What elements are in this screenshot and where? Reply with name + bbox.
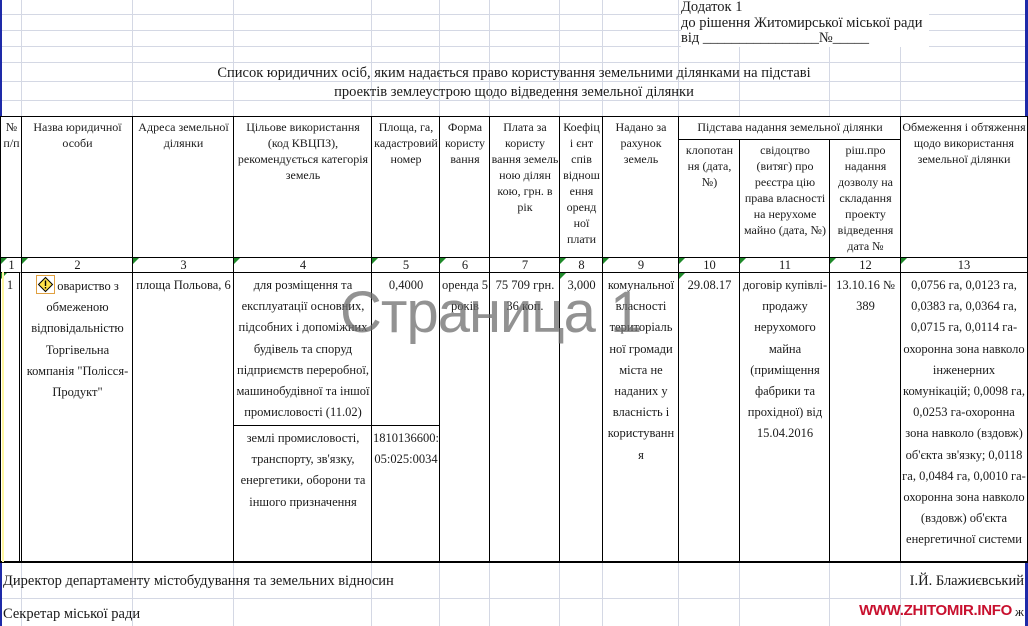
- land-category: землі промисловості, транспорту, зв'язку…: [241, 431, 366, 509]
- header-label: Плата за користу вання земель ною ділян …: [492, 120, 559, 214]
- header-label: Коефіц і єнт спів віднош ення оренд ної …: [563, 120, 600, 246]
- colnum-label: 3: [180, 258, 186, 272]
- colnum-cell[interactable]: 9: [602, 257, 679, 273]
- decision-cell[interactable]: 13.10.16 № 389: [829, 272, 901, 562]
- company-name-cell[interactable]: овариство з обмеженою відповідальністю Т…: [21, 272, 133, 562]
- trailing-text: ж: [1015, 604, 1024, 620]
- colnum-label: 12: [859, 258, 872, 272]
- use-form-cell[interactable]: оренда 5 років: [439, 272, 490, 562]
- colnum-cell[interactable]: 3: [132, 257, 234, 273]
- purpose-cell[interactable]: для розміщення та експлуатації основних,…: [233, 272, 372, 426]
- header-label: ріш.про надання дозволу на складання про…: [838, 143, 894, 253]
- director-title: Директор департаменту містобудування та …: [3, 572, 394, 590]
- header-label: клопотан ня (дата, №): [686, 143, 733, 189]
- header-cell-num[interactable]: № п/п: [0, 116, 22, 258]
- colnum-label: 2: [74, 258, 80, 272]
- colnum-label: 7: [522, 258, 528, 272]
- row-num: 1: [7, 278, 13, 292]
- payment-cell[interactable]: 75 709 грн. 36 коп.: [489, 272, 560, 562]
- use-form: оренда 5 років: [442, 278, 488, 313]
- header-cell-coefficient[interactable]: Коефіц і єнт спів віднош ення оренд ної …: [559, 116, 603, 258]
- header-cell-basis-group[interactable]: Підстава надання земельної ділянки: [678, 116, 901, 140]
- colnum-cell[interactable]: 1: [0, 257, 22, 273]
- header-cell-decision[interactable]: ріш.про надання дозволу на складання про…: [829, 139, 901, 258]
- area: 0,4000: [389, 278, 423, 292]
- colnum-label: 11: [779, 258, 791, 272]
- colnum-label: 13: [958, 258, 971, 272]
- colnum-cell[interactable]: 8: [559, 257, 603, 273]
- colnum-label: 10: [703, 258, 716, 272]
- purpose: для розміщення та експлуатації основних,…: [236, 278, 369, 419]
- restrictions: 0,0756 га, 0,0123 га, 0,0383 га, 0,0364 …: [902, 278, 1026, 546]
- header-label: Форма користу вання: [445, 120, 485, 166]
- header-cell-purpose[interactable]: Цільове використання (код КВЦПЗ), рекоме…: [233, 116, 372, 258]
- title-line-2: проектів землеустрою щодо відведення зем…: [0, 83, 1028, 102]
- annex-decision: до рішення Житомирської міської ради: [681, 16, 923, 32]
- colnum-cell[interactable]: 2: [21, 257, 133, 273]
- header-label: Цільове використання (код КВЦПЗ), рекоме…: [238, 120, 368, 182]
- land-source-cell[interactable]: комунальної власності територіаль ної гр…: [602, 272, 679, 562]
- header-cell-restrictions[interactable]: Обмеження і обтяження щодо використання …: [900, 116, 1028, 258]
- colnum-cell[interactable]: 4: [233, 257, 372, 273]
- certificate-cell[interactable]: договір купівлі-продажу нерухомого майна…: [739, 272, 830, 562]
- colnum-label: 8: [578, 258, 584, 272]
- colnum-cell[interactable]: 6: [439, 257, 490, 273]
- cadastral-cell[interactable]: 1810136600: 05:025:0034: [371, 425, 440, 562]
- colnum-label: 5: [403, 258, 409, 272]
- header-label: Адреса земельної ділянки: [138, 120, 228, 150]
- header-label: Надано за рахунок земель: [616, 120, 667, 166]
- request-date: 29.08.17: [688, 278, 732, 292]
- header-cell-request[interactable]: клопотан ня (дата, №): [678, 139, 740, 258]
- header-label: Назва юридичної особи: [33, 120, 121, 150]
- coefficient: 3,000: [567, 278, 595, 292]
- colnum-cell[interactable]: 5: [371, 257, 440, 273]
- land-source: комунальної власності територіаль ної гр…: [608, 278, 674, 462]
- colnum-label: 9: [638, 258, 644, 272]
- annex-number: Додаток 1: [681, 0, 923, 16]
- selection-marker: [2, 272, 4, 562]
- header-label: № п/п: [3, 120, 19, 150]
- document-title: Список юридичних осіб, яким надається пр…: [0, 64, 1028, 102]
- header-label: Обмеження і обтяження щодо використання …: [902, 120, 1025, 166]
- annex-date-number: від ________________№_____: [681, 31, 923, 47]
- annex-header: Додаток 1 до рішення Житомирської місько…: [681, 0, 929, 47]
- header-cell-address[interactable]: Адреса земельної ділянки: [132, 116, 234, 258]
- category-cell[interactable]: землі промисловості, транспорту, зв'язку…: [233, 425, 372, 562]
- title-line-1: Список юридичних осіб, яким надається пр…: [0, 64, 1028, 83]
- certificate: договір купівлі-продажу нерухомого майна…: [743, 278, 827, 440]
- colnum-cell[interactable]: 12: [829, 257, 901, 273]
- site-logo[interactable]: WWW.ZHITOMIR.INFO: [859, 602, 1012, 619]
- restrictions-cell[interactable]: 0,0756 га, 0,0123 га, 0,0383 га, 0,0364 …: [900, 272, 1028, 562]
- coefficient-cell[interactable]: 3,000: [559, 272, 603, 562]
- colnum-label: 6: [462, 258, 468, 272]
- header-cell-use-form[interactable]: Форма користу вання: [439, 116, 490, 258]
- colnum-label: 1: [8, 258, 14, 272]
- payment: 75 709 грн. 36 коп.: [496, 278, 555, 313]
- request-cell[interactable]: 29.08.17: [678, 272, 740, 562]
- header-label: Підстава надання земельної ділянки: [697, 120, 882, 134]
- address-cell[interactable]: площа Польова, 6: [132, 272, 234, 562]
- header-cell-area[interactable]: Площа, га, кадастровий номер: [371, 116, 440, 258]
- header-cell-certificate[interactable]: свідоцтво (витяг) про реєстра цію права …: [739, 139, 830, 258]
- director-name: І.Й. Блажиєвський: [910, 572, 1024, 590]
- colnum-cell[interactable]: 11: [739, 257, 830, 273]
- header-cell-name[interactable]: Назва юридичної особи: [21, 116, 133, 258]
- address: площа Польова, 6: [136, 278, 231, 292]
- colnum-label: 4: [300, 258, 306, 272]
- area-cell[interactable]: 0,4000: [371, 272, 440, 426]
- decision: 13.10.16 № 389: [836, 278, 895, 313]
- colnum-cell[interactable]: 10: [678, 257, 740, 273]
- company-name: овариство з обмеженою відповідальністю Т…: [27, 279, 129, 399]
- header-label: Площа, га, кадастровий номер: [374, 120, 438, 166]
- colnum-cell[interactable]: 7: [489, 257, 560, 273]
- header-cell-payment[interactable]: Плата за користу вання земель ною ділян …: [489, 116, 560, 258]
- table-bottom-border: [0, 561, 1028, 563]
- cadastral-number: 1810136600: 05:025:0034: [373, 431, 439, 466]
- secretary-title: Секретар міської ради: [3, 605, 140, 623]
- warning-diamond-icon[interactable]: [36, 275, 55, 294]
- colnum-cell[interactable]: 13: [900, 257, 1028, 273]
- header-label: свідоцтво (витяг) про реєстра цію права …: [744, 143, 826, 237]
- header-cell-land-source[interactable]: Надано за рахунок земель: [602, 116, 679, 258]
